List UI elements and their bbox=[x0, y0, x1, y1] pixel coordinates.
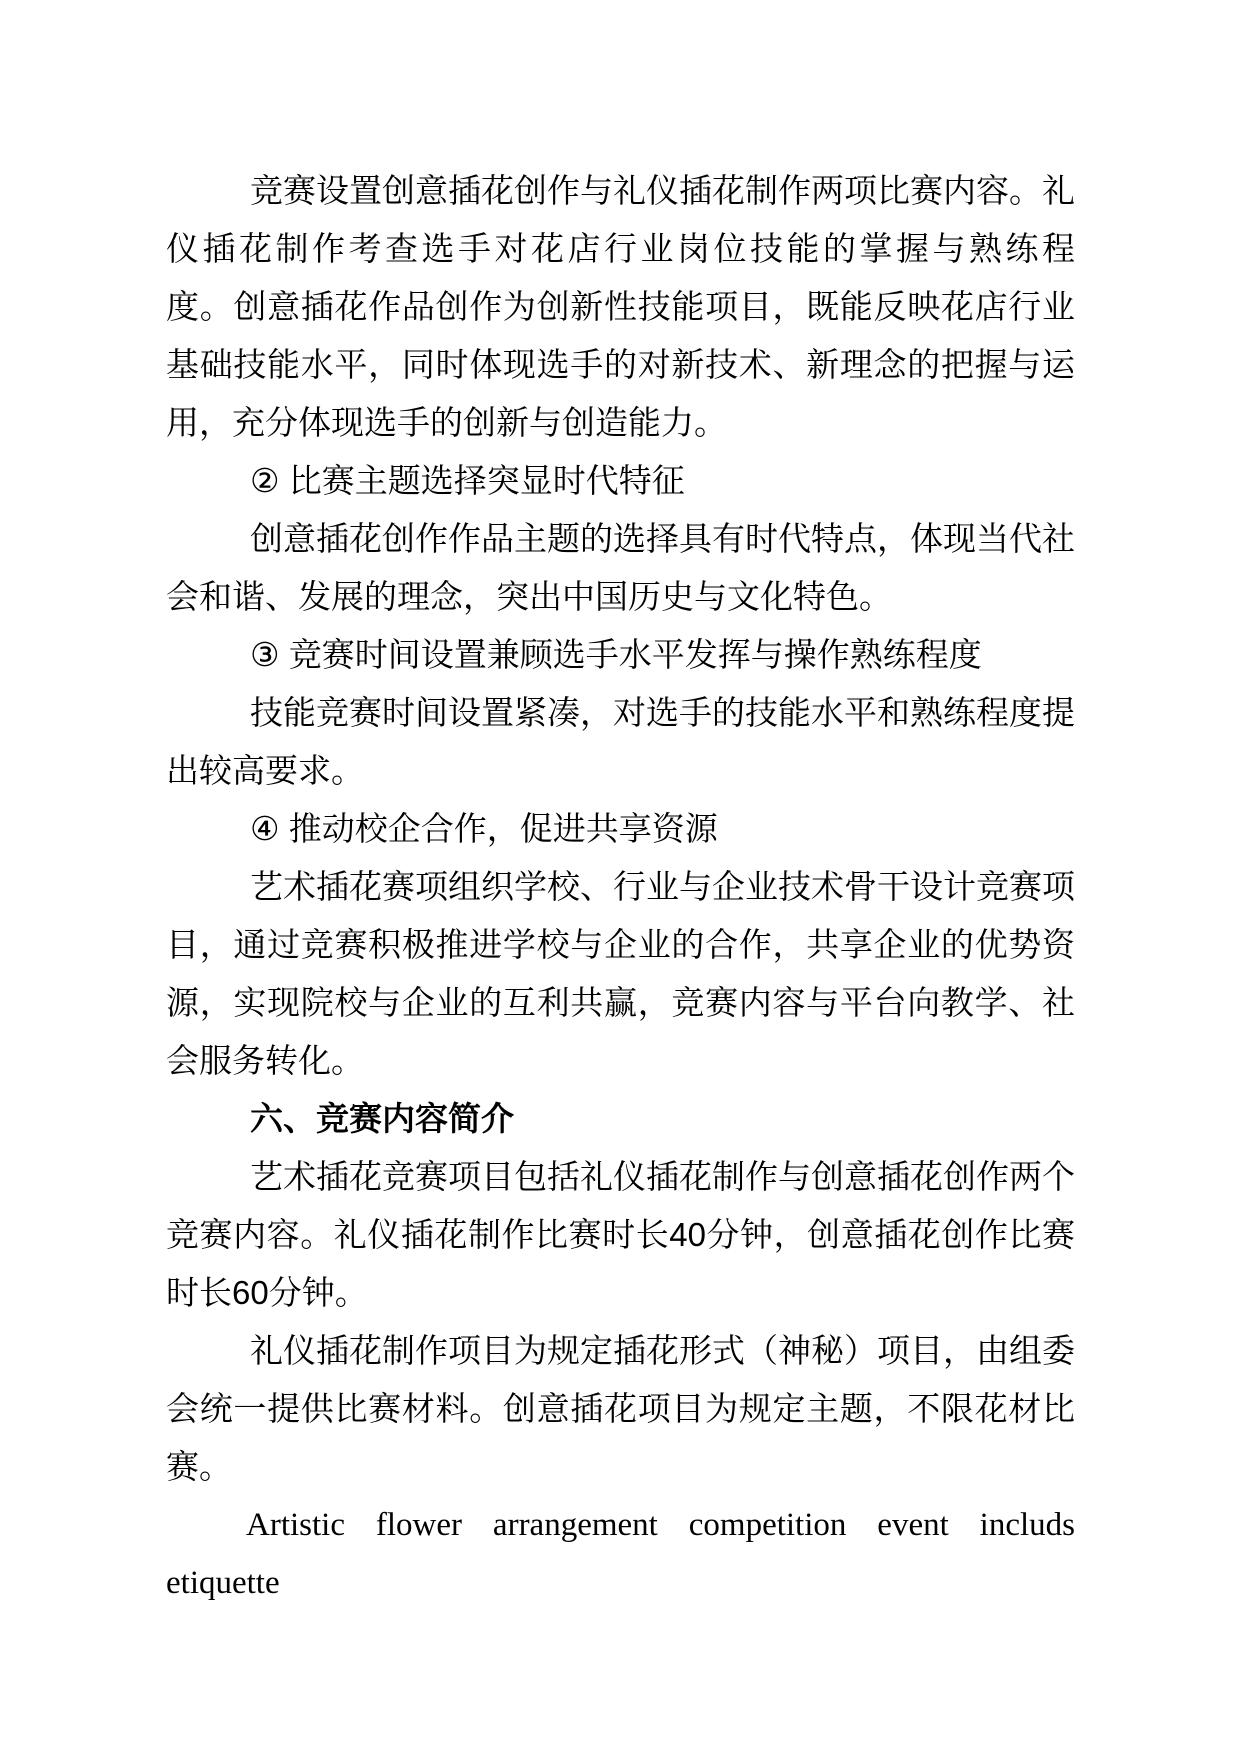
text-line: 会和谐、发展的理念，突出中国历史与文化特色。 bbox=[166, 568, 1075, 626]
english-paragraph: Artistic flower arrangement competition … bbox=[166, 1496, 1075, 1554]
text-line: 赛。 bbox=[166, 1438, 1075, 1496]
text-line: 源，实现院校与企业的互利共赢，竞赛内容与平台向教学、社 bbox=[166, 974, 1075, 1032]
text-line: 基础技能水平，同时体现选手的对新技术、新理念的把握与运 bbox=[166, 336, 1075, 394]
text-line: 会统一提供比赛材料。创意插花项目为规定主题，不限花材比 bbox=[166, 1380, 1075, 1438]
text-line: 艺术插花竞赛项目包括礼仪插花制作与创意插花创作两个 bbox=[166, 1148, 1075, 1206]
text-line: ④ 推动校企合作，促进共享资源 bbox=[166, 800, 1075, 858]
text-line: 时长60分钟。 bbox=[166, 1264, 1075, 1322]
text-line: 出较高要求。 bbox=[166, 742, 1075, 800]
paragraph: 礼仪插花制作项目为规定插花形式（神秘）项目，由组委会统一提供比赛材料。创意插花项… bbox=[166, 1322, 1075, 1496]
section-heading: 六、竞赛内容简介 bbox=[166, 1090, 1075, 1148]
text-line: 技能竞赛时间设置紧凑，对选手的技能水平和熟练程度提 bbox=[166, 684, 1075, 742]
numbered-subheading: ④ 推动校企合作，促进共享资源 bbox=[166, 800, 1075, 858]
paragraph: 艺术插花赛项组织学校、行业与企业技术骨干设计竞赛项目，通过竞赛积极推进学校与企业… bbox=[166, 858, 1075, 1090]
text-line: 六、竞赛内容简介 bbox=[166, 1090, 1075, 1148]
text-line: 艺术插花赛项组织学校、行业与企业技术骨干设计竞赛项 bbox=[166, 858, 1075, 916]
text-line: 会服务转化。 bbox=[166, 1032, 1075, 1090]
document-body: 竞赛设置创意插花创作与礼仪插花制作两项比赛内容。礼仪插花制作考查选手对花店行业岗… bbox=[166, 162, 1075, 1554]
text-line: 竞赛设置创意插花创作与礼仪插花制作两项比赛内容。礼 bbox=[166, 162, 1075, 220]
paragraph: 创意插花创作作品主题的选择具有时代特点，体现当代社会和谐、发展的理念，突出中国历… bbox=[166, 510, 1075, 626]
paragraph: 技能竞赛时间设置紧凑，对选手的技能水平和熟练程度提出较高要求。 bbox=[166, 684, 1075, 800]
text-line: 用，充分体现选手的创新与创造能力。 bbox=[166, 394, 1075, 452]
text-line: 创意插花创作作品主题的选择具有时代特点，体现当代社 bbox=[166, 510, 1075, 568]
text-line: 仪插花制作考查选手对花店行业岗位技能的掌握与熟练程 bbox=[166, 220, 1075, 278]
text-line: ③ 竞赛时间设置兼顾选手水平发挥与操作熟练程度 bbox=[166, 626, 1075, 684]
text-line: 竞赛内容。礼仪插花制作比赛时长40分钟，创意插花创作比赛 bbox=[166, 1206, 1075, 1264]
numbered-subheading: ② 比赛主题选择突显时代特征 bbox=[166, 452, 1075, 510]
document-page: 竞赛设置创意插花创作与礼仪插花制作两项比赛内容。礼仪插花制作考查选手对花店行业岗… bbox=[0, 0, 1241, 1754]
text-line: 目，通过竞赛积极推进学校与企业的合作，共享企业的优势资 bbox=[166, 916, 1075, 974]
text-line: 度。创意插花作品创作为创新性技能项目，既能反映花店行业 bbox=[166, 278, 1075, 336]
text-line: Artistic flower arrangement competition … bbox=[166, 1496, 1075, 1554]
numbered-subheading: ③ 竞赛时间设置兼顾选手水平发挥与操作熟练程度 bbox=[166, 626, 1075, 684]
text-line: 礼仪插花制作项目为规定插花形式（神秘）项目，由组委 bbox=[166, 1322, 1075, 1380]
paragraph: 艺术插花竞赛项目包括礼仪插花制作与创意插花创作两个竞赛内容。礼仪插花制作比赛时长… bbox=[166, 1148, 1075, 1322]
paragraph: 竞赛设置创意插花创作与礼仪插花制作两项比赛内容。礼仪插花制作考查选手对花店行业岗… bbox=[166, 162, 1075, 452]
text-line: ② 比赛主题选择突显时代特征 bbox=[166, 452, 1075, 510]
